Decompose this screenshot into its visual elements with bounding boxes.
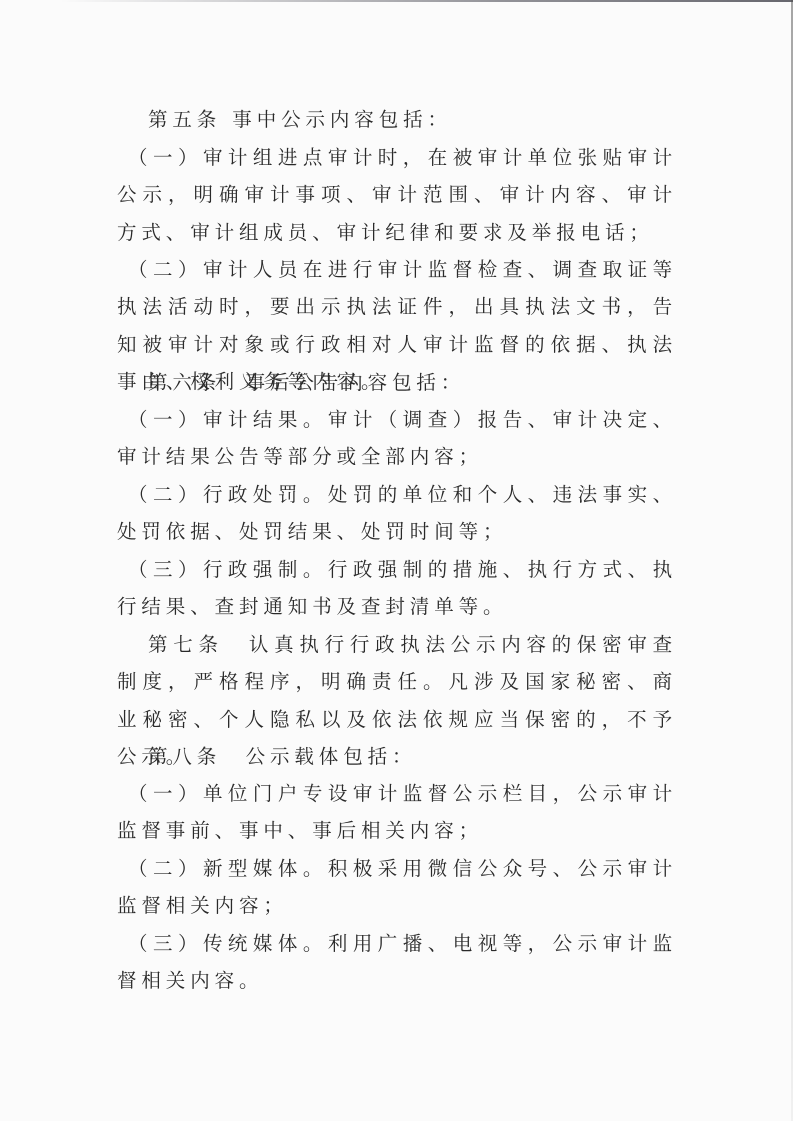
article-8-heading: 第八条 公示载体包括：	[117, 738, 677, 775]
article-6-item-3: （三）行政强制。行政强制的措施、执行方式、执行结果、查封通知书及查封清单等。	[117, 551, 677, 626]
article-6-item-1: （一）审计结果。审计（调查）报告、审计决定、审计结果公告等部分或全部内容；	[117, 401, 677, 476]
article-5-heading: 第五条 事中公示内容包括：	[117, 101, 677, 138]
article-6-item-2: （二）行政处罚。处罚的单位和个人、违法事实、处罚依据、处罚结果、处罚时间等；	[117, 476, 677, 551]
article-8-item-1: （一）单位门户专设审计监督公示栏目，公示审计监督事前、事中、事后相关内容；	[117, 775, 677, 850]
article-8-item-2: （二）新型媒体。积极采用微信公众号、公示审计监督相关内容；	[117, 850, 677, 925]
article-5-item-1: （一）审计组进点审计时，在被审计单位张贴审计公示，明确审计事项、审计范围、审计内…	[117, 139, 677, 251]
article-6-heading: 第六条 事后公告内容包括：	[117, 364, 677, 401]
article-8-item-3: （三）传统媒体。利用广播、电视等，公示审计监督相关内容。	[117, 925, 677, 1000]
document-page: 第五条 事中公示内容包括： （一）审计组进点审计时，在被审计单位张贴审计公示，明…	[0, 0, 793, 1121]
